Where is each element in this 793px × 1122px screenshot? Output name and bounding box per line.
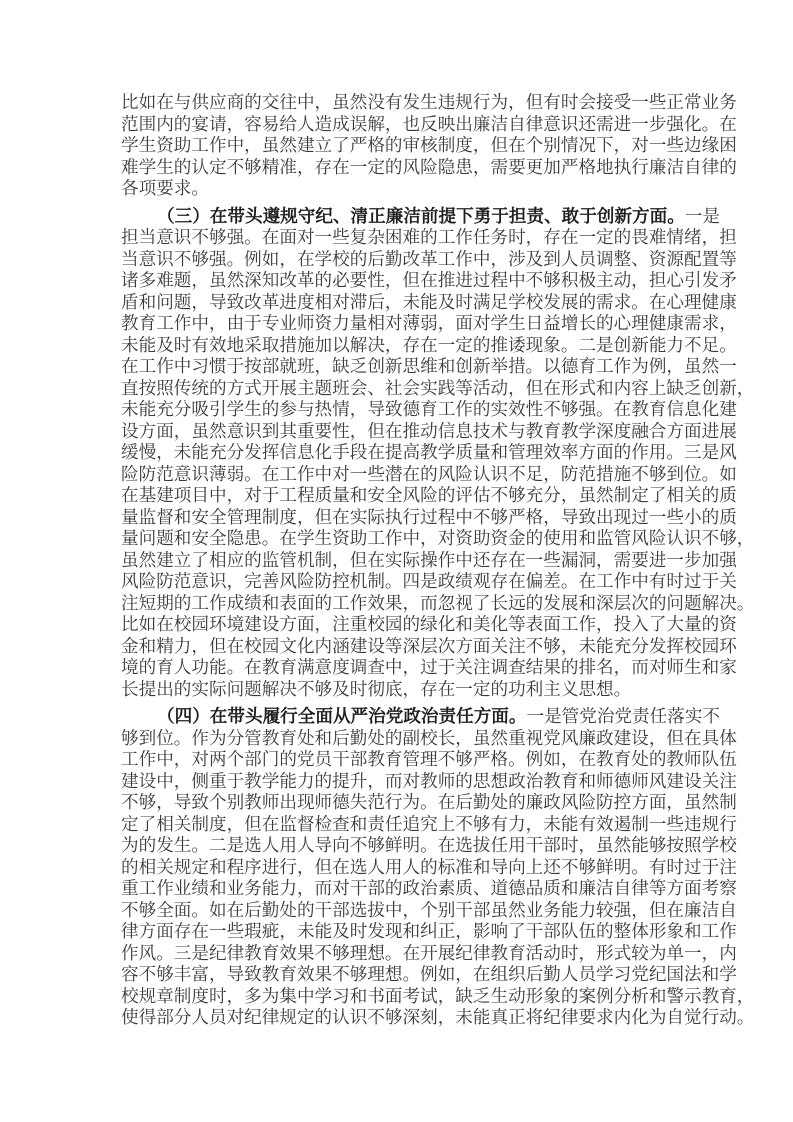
text-line: 虽然建立了相应的监管机制，但在实际操作中还存在一些漏洞，需要进一步加强 bbox=[121, 551, 673, 573]
text-line: 定了相关制度，但在监督检查和责任追究上不够有力，未能有效遏制一些违规行 bbox=[121, 815, 673, 837]
text-line: 设方面，虽然意识到其重要性，但在推动信息技术与教育教学深度融合方面进展 bbox=[121, 422, 673, 444]
text-line: 校规章制度时，多为集中学习和书面考试，缺乏生动形象的案例分析和警示教育， bbox=[121, 987, 673, 1009]
text-line: 直按照传统的方式开展主题班会、社会实践等活动，但在形式和内容上缺乏创新， bbox=[121, 379, 673, 401]
text-line: 范围内的宴请，容易给人造成误解，也反映出廉洁自律意识还需进一步强化。在 bbox=[121, 115, 673, 137]
text-line: 容不够丰富，导致教育效果不够理想。例如，在组织后勤人员学习党纪国法和学 bbox=[121, 965, 673, 987]
text-line: 未能充分吸引学生的参与热情，导致德育工作的实效性不够强。在教育信息化建 bbox=[121, 400, 673, 422]
text-line: 境的育人功能。在教育满意度调查中，过于关注调查结果的排名，而对师生和家 bbox=[121, 658, 673, 680]
text-line: 比如在校园环境建设方面，注重校园的绿化和美化等表面工作，投入了大量的资 bbox=[121, 615, 673, 637]
text-line: 量监督和安全管理制度，但在实际执行过程中不够严格，导致出现过一些小的质 bbox=[121, 508, 673, 530]
text-line: 当意识不够强。例如，在学校的后勤改革工作中，涉及到人员调整、资源配置等 bbox=[121, 250, 673, 272]
paragraph-continuation: 比如在与供应商的交往中，虽然没有发生违规行为，但有时会接受一些正常业务 范围内的… bbox=[121, 93, 673, 201]
text-line: 教育工作中，由于专业师资力量相对薄弱，面对学生日益增长的心理健康需求， bbox=[121, 314, 673, 336]
text-line: 不够，导致个别教师出现师德失范行为。在后勤处的廉政风险防控方面，虽然制 bbox=[121, 793, 673, 815]
text-line: 够到位。作为分管教育处和后勤处的副校长，虽然重视党风廉政建设，但在具体 bbox=[121, 729, 673, 751]
text-line: 未能及时有效地采取措施加以解决，存在一定的推诿现象。二是创新能力不足。 bbox=[121, 336, 673, 358]
text-line: 为的发生。二是选人用人导向不够鲜明。在选拔任用干部时，虽然能够按照学校 bbox=[121, 836, 673, 858]
text-line: 注短期的工作成绩和表面的工作效果，而忽视了长远的发展和深层次的问题解决。 bbox=[121, 594, 673, 616]
document-page: 比如在与供应商的交往中，虽然没有发生违规行为，但有时会接受一些正常业务 范围内的… bbox=[121, 93, 673, 1036]
text-line: 量问题和安全隐患。在学生资助工作中，对资助资金的使用和监管风险认识不够， bbox=[121, 529, 673, 551]
text-line: 难学生的认定不够精准，存在一定的风险隐患，需要更加严格地执行廉洁自律的 bbox=[121, 158, 673, 180]
section-heading-line: （四）在带头履行全面从严治党政治责任方面。一是管党治党责任落实不 bbox=[121, 707, 673, 729]
text-line: 担当意识不够强。在面对一些复杂困难的工作任务时，存在一定的畏难情绪，担 bbox=[121, 228, 673, 250]
text-line: 金和精力，但在校园文化内涵建设等深层次方面关注不够，未能充分发挥校园环 bbox=[121, 637, 673, 659]
text-line: 使得部分人员对纪律规定的认识不够深刻，未能真正将纪律要求内化为自觉行动。 bbox=[121, 1008, 673, 1030]
text-line: 在基建项目中，对于工程质量和安全风险的评估不够充分，虽然制定了相关的质 bbox=[121, 486, 673, 508]
text-line: 盾和问题，导致改革进度相对滞后，未能及时满足学校发展的需求。在心理健康 bbox=[121, 293, 673, 315]
text-line: 比如在与供应商的交往中，虽然没有发生违规行为，但有时会接受一些正常业务 bbox=[121, 93, 673, 115]
text-line: 诸多难题，虽然深知改革的必要性，但在推进过程中不够积极主动，担心引发矛 bbox=[121, 271, 673, 293]
text-line: 重工作业绩和业务能力，而对干部的政治素质、道德品质和廉洁自律等方面考察 bbox=[121, 879, 673, 901]
paragraph-section-3: （三）在带头遵规守纪、清正廉洁前提下勇于担责、敢于创新方面。一是 担当意识不够强… bbox=[121, 207, 673, 702]
text-line: 长提出的实际问题解决不够及时彻底，存在一定的功利主义思想。 bbox=[121, 680, 673, 702]
section-heading: （四）在带头履行全面从严治党政治责任方面。 bbox=[157, 707, 526, 727]
paragraph-section-4: （四）在带头履行全面从严治党政治责任方面。一是管党治党责任落实不 够到位。作为分… bbox=[121, 707, 673, 1030]
text-line: 缓慢，未能充分发挥信息化手段在提高教学质量和管理效率方面的作用。三是风 bbox=[121, 443, 673, 465]
text-line: 律方面存在一些瑕疵，未能及时发现和纠正，影响了干部队伍的整体形象和工作 bbox=[121, 922, 673, 944]
text-line: 建设中，侧重于教学能力的提升，而对教师的思想政治教育和师德师风建设关注 bbox=[121, 772, 673, 794]
text-line: 险防范意识薄弱。在工作中对一些潜在的风险认识不足，防范措施不够到位。如 bbox=[121, 465, 673, 487]
text-line: 工作中，对两个部门的党员干部教育管理不够严格。例如，在教育处的教师队伍 bbox=[121, 750, 673, 772]
text-line: 学生资助工作中，虽然建立了严格的审核制度，但在个别情况下，对一些边缘困 bbox=[121, 136, 673, 158]
text-line: 各项要求。 bbox=[121, 179, 673, 201]
text-line: 在工作中习惯于按部就班，缺乏创新思维和创新举措。以德育工作为例，虽然一 bbox=[121, 357, 673, 379]
section-heading-line: （三）在带头遵规守纪、清正廉洁前提下勇于担责、敢于创新方面。一是 bbox=[121, 207, 673, 229]
text-fragment: 一是管党治党责任落实不 bbox=[526, 707, 720, 727]
text-line: 风险防范意识，完善风险防控机制。四是政绩观存在偏差。在工作中有时过于关 bbox=[121, 572, 673, 594]
text-line: 作风。三是纪律教育效果不够理想。在开展纪律教育活动时，形式较为单一，内 bbox=[121, 944, 673, 966]
text-line: 不够全面。如在后勤处的干部选拔中，个别干部虽然业务能力较强，但在廉洁自 bbox=[121, 901, 673, 923]
text-line: 的相关规定和程序进行，但在选人用人的标准和导向上还不够鲜明。有时过于注 bbox=[121, 858, 673, 880]
section-heading: （三）在带头遵规守纪、清正廉洁前提下勇于担责、敢于创新方面。 bbox=[157, 207, 685, 227]
text-fragment: 一是 bbox=[685, 207, 720, 227]
